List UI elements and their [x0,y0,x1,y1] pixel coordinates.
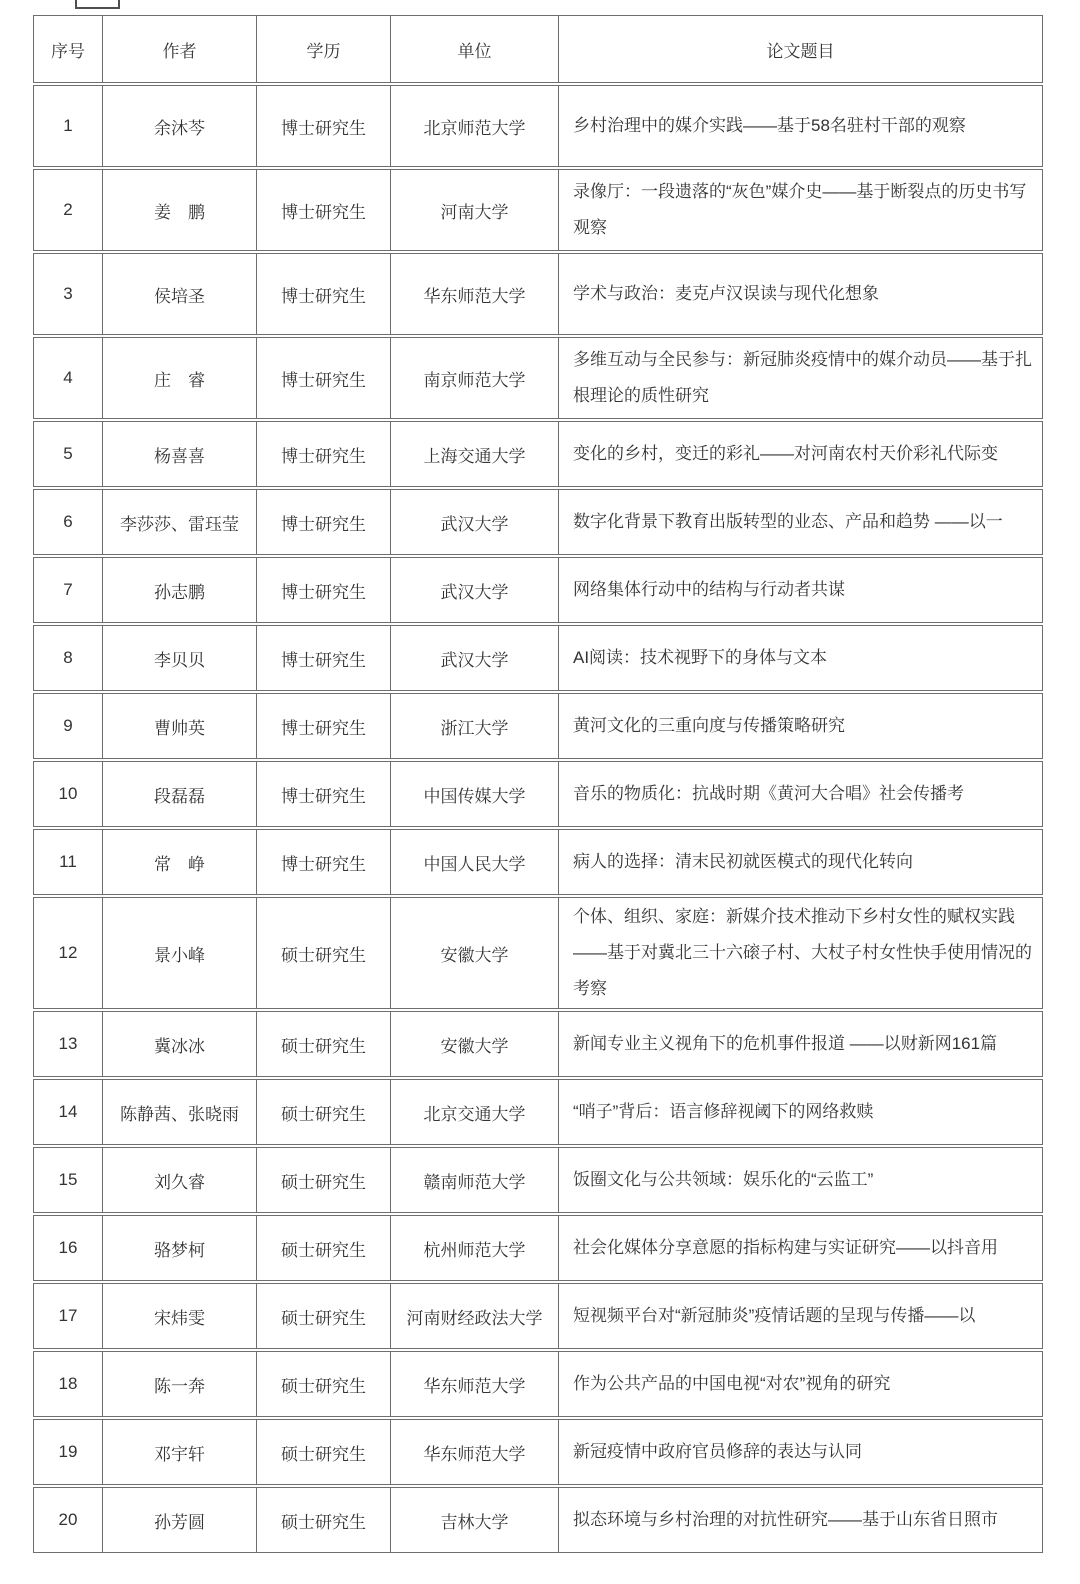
cell-institution: 安徽大学 [391,898,559,1008]
cell-institution: 杭州师范大学 [391,1216,559,1280]
table-body: 1 余沐芩 博士研究生 北京师范大学 乡村治理中的媒介实践——基于58名驻村干部… [33,85,1043,1553]
cell-degree: 博士研究生 [257,338,391,418]
cell-index: 2 [34,170,103,250]
table-row: 10 段磊磊 博士研究生 中国传媒大学 音乐的物质化：抗战时期《黄河大合唱》社会… [33,761,1043,827]
cell-paper-title: 新冠疫情中政府官员修辞的表达与认同 [559,1420,1042,1484]
cell-degree: 硕士研究生 [257,1420,391,1484]
cell-paper-title: 音乐的物质化：抗战时期《黄河大合唱》社会传播考 [559,762,1042,826]
cell-institution: 赣南师范大学 [391,1148,559,1212]
table-row: 14 陈静茜、张晓雨 硕士研究生 北京交通大学 “哨子”背后：语言修辞视阈下的网… [33,1079,1043,1145]
cell-index: 13 [34,1012,103,1076]
cell-paper-title: 黄河文化的三重向度与传播策略研究 [559,694,1042,758]
cell-author: 骆梦柯 [103,1216,257,1280]
cell-index: 16 [34,1216,103,1280]
header-cell-no: 序号 [34,16,103,82]
header-cell-degree: 学历 [257,16,391,82]
cell-author: 刘久睿 [103,1148,257,1212]
cell-author: 常 峥 [103,830,257,894]
paper-title-text: 黄河文化的三重向度与传播策略研究 [573,708,1032,744]
cell-institution: 武汉大学 [391,558,559,622]
cell-paper-title: 变化的乡村，变迁的彩礼——对河南农村天价彩礼代际变 [559,422,1042,486]
cell-author: 景小峰 [103,898,257,1008]
cell-degree: 博士研究生 [257,762,391,826]
cell-index: 20 [34,1488,103,1552]
cell-institution: 华东师范大学 [391,254,559,334]
cropped-box-fragment [75,0,120,9]
cell-index: 17 [34,1284,103,1348]
cell-degree: 博士研究生 [257,694,391,758]
paper-title-text: 个体、组织、家庭：新媒介技术推动下乡村女性的赋权实践——基于对冀北三十六磙子村、… [573,899,1032,1007]
cell-degree: 硕士研究生 [257,1012,391,1076]
cell-index: 15 [34,1148,103,1212]
paper-title-text: 数字化背景下教育出版转型的业态、产品和趋势 ——以一 [573,504,1032,540]
paper-title-text: 音乐的物质化：抗战时期《黄河大合唱》社会传播考 [573,776,1032,812]
cell-author: 曹帅英 [103,694,257,758]
cell-institution: 华东师范大学 [391,1420,559,1484]
table-row: 15 刘久睿 硕士研究生 赣南师范大学 饭圈文化与公共领域：娱乐化的“云监工” [33,1147,1043,1213]
cell-degree: 硕士研究生 [257,1216,391,1280]
paper-title-text: AI阅读：技术视野下的身体与文本 [573,640,1032,676]
cell-degree: 硕士研究生 [257,1284,391,1348]
cell-index: 6 [34,490,103,554]
cell-index: 3 [34,254,103,334]
document-page: 序号 作者 学历 单位 论文题目 1 余沐芩 博士研究生 北京师范大学 乡村治理… [0,0,1080,1584]
cell-degree: 硕士研究生 [257,1352,391,1416]
paper-title-text: 学术与政治：麦克卢汉误读与现代化想象 [573,276,1032,312]
table-row: 3 侯培圣 博士研究生 华东师范大学 学术与政治：麦克卢汉误读与现代化想象 [33,253,1043,335]
cell-paper-title: “哨子”背后：语言修辞视阈下的网络救赎 [559,1080,1042,1144]
cell-degree: 硕士研究生 [257,1148,391,1212]
cell-paper-title: 作为公共产品的中国电视“对农”视角的研究 [559,1352,1042,1416]
cell-author: 孙志鹏 [103,558,257,622]
header-cell-author: 作者 [103,16,257,82]
cell-index: 4 [34,338,103,418]
cell-paper-title: AI阅读：技术视野下的身体与文本 [559,626,1042,690]
cell-degree: 硕士研究生 [257,898,391,1008]
paper-title-text: 社会化媒体分享意愿的指标构建与实证研究——以抖音用 [573,1230,1032,1266]
cell-index: 8 [34,626,103,690]
cell-institution: 北京交通大学 [391,1080,559,1144]
table-row: 19 邓宇轩 硕士研究生 华东师范大学 新冠疫情中政府官员修辞的表达与认同 [33,1419,1043,1485]
cell-institution: 上海交通大学 [391,422,559,486]
cell-degree: 硕士研究生 [257,1080,391,1144]
cell-index: 10 [34,762,103,826]
cell-degree: 博士研究生 [257,254,391,334]
table-row: 4 庄 睿 博士研究生 南京师范大学 多维互动与全民参与：新冠肺炎疫情中的媒介动… [33,337,1043,419]
cell-paper-title: 数字化背景下教育出版转型的业态、产品和趋势 ——以一 [559,490,1042,554]
cell-degree: 硕士研究生 [257,1488,391,1552]
paper-title-text: 乡村治理中的媒介实践——基于58名驻村干部的观察 [573,108,1032,144]
cell-author: 李莎莎、雷珏莹 [103,490,257,554]
cell-paper-title: 个体、组织、家庭：新媒介技术推动下乡村女性的赋权实践——基于对冀北三十六磙子村、… [559,898,1042,1008]
cell-author: 陈一奔 [103,1352,257,1416]
cell-index: 7 [34,558,103,622]
cell-institution: 河南财经政法大学 [391,1284,559,1348]
cell-degree: 博士研究生 [257,558,391,622]
table-row: 20 孙芳圆 硕士研究生 吉林大学 拟态环境与乡村治理的对抗性研究——基于山东省… [33,1487,1043,1553]
paper-title-text: 短视频平台对“新冠肺炎”疫情话题的呈现与传播——以 [573,1298,1032,1334]
cell-degree: 博士研究生 [257,626,391,690]
cell-degree: 博士研究生 [257,422,391,486]
cell-institution: 河南大学 [391,170,559,250]
cell-author: 宋炜雯 [103,1284,257,1348]
cell-institution: 中国传媒大学 [391,762,559,826]
cell-institution: 吉林大学 [391,1488,559,1552]
cell-institution: 北京师范大学 [391,86,559,166]
cell-index: 9 [34,694,103,758]
cell-institution: 武汉大学 [391,490,559,554]
cell-author: 姜 鹏 [103,170,257,250]
cell-institution: 浙江大学 [391,694,559,758]
table-row: 2 姜 鹏 博士研究生 河南大学 录像厅：一段遗落的“灰色”媒介史——基于断裂点… [33,169,1043,251]
cell-institution: 华东师范大学 [391,1352,559,1416]
paper-title-text: 新闻专业主义视角下的危机事件报道 ——以财新网161篇 [573,1026,1032,1062]
table-row: 16 骆梦柯 硕士研究生 杭州师范大学 社会化媒体分享意愿的指标构建与实证研究—… [33,1215,1043,1281]
cell-author: 庄 睿 [103,338,257,418]
cell-index: 14 [34,1080,103,1144]
cell-index: 19 [34,1420,103,1484]
cell-author: 冀冰冰 [103,1012,257,1076]
papers-table: 序号 作者 学历 单位 论文题目 1 余沐芩 博士研究生 北京师范大学 乡村治理… [33,15,1043,1553]
cell-index: 18 [34,1352,103,1416]
paper-title-text: 网络集体行动中的结构与行动者共谋 [573,572,1032,608]
cell-index: 12 [34,898,103,1008]
table-row: 18 陈一奔 硕士研究生 华东师范大学 作为公共产品的中国电视“对农”视角的研究 [33,1351,1043,1417]
cell-author: 陈静茜、张晓雨 [103,1080,257,1144]
paper-title-text: 作为公共产品的中国电视“对农”视角的研究 [573,1366,1032,1402]
paper-title-text: 多维互动与全民参与：新冠肺炎疫情中的媒介动员——基于扎根理论的质性研究 [573,342,1032,414]
cell-author: 段磊磊 [103,762,257,826]
paper-title-text: 病人的选择：清末民初就医模式的现代化转向 [573,844,1032,880]
cell-paper-title: 拟态环境与乡村治理的对抗性研究——基于山东省日照市 [559,1488,1042,1552]
header-cell-title: 论文题目 [559,16,1042,82]
cell-institution: 中国人民大学 [391,830,559,894]
paper-title-text: 饭圈文化与公共领域：娱乐化的“云监工” [573,1162,1032,1198]
table-row: 17 宋炜雯 硕士研究生 河南财经政法大学 短视频平台对“新冠肺炎”疫情话题的呈… [33,1283,1043,1349]
cell-index: 1 [34,86,103,166]
table-row: 6 李莎莎、雷珏莹 博士研究生 武汉大学 数字化背景下教育出版转型的业态、产品和… [33,489,1043,555]
table-row: 9 曹帅英 博士研究生 浙江大学 黄河文化的三重向度与传播策略研究 [33,693,1043,759]
cell-degree: 博士研究生 [257,490,391,554]
table-row: 8 李贝贝 博士研究生 武汉大学 AI阅读：技术视野下的身体与文本 [33,625,1043,691]
cell-degree: 博士研究生 [257,170,391,250]
cell-institution: 武汉大学 [391,626,559,690]
cell-author: 杨喜喜 [103,422,257,486]
table-row: 11 常 峥 博士研究生 中国人民大学 病人的选择：清末民初就医模式的现代化转向 [33,829,1043,895]
cell-degree: 博士研究生 [257,830,391,894]
cell-paper-title: 多维互动与全民参与：新冠肺炎疫情中的媒介动员——基于扎根理论的质性研究 [559,338,1042,418]
paper-title-text: 拟态环境与乡村治理的对抗性研究——基于山东省日照市 [573,1502,1032,1538]
cell-institution: 安徽大学 [391,1012,559,1076]
paper-title-text: 录像厅：一段遗落的“灰色”媒介史——基于断裂点的历史书写观察 [573,174,1032,246]
cell-index: 5 [34,422,103,486]
cell-paper-title: 短视频平台对“新冠肺炎”疫情话题的呈现与传播——以 [559,1284,1042,1348]
cell-degree: 博士研究生 [257,86,391,166]
cell-paper-title: 新闻专业主义视角下的危机事件报道 ——以财新网161篇 [559,1012,1042,1076]
cell-paper-title: 病人的选择：清末民初就医模式的现代化转向 [559,830,1042,894]
cell-paper-title: 乡村治理中的媒介实践——基于58名驻村干部的观察 [559,86,1042,166]
cell-paper-title: 网络集体行动中的结构与行动者共谋 [559,558,1042,622]
cell-author: 余沐芩 [103,86,257,166]
header-cell-unit: 单位 [391,16,559,82]
table-row: 13 冀冰冰 硕士研究生 安徽大学 新闻专业主义视角下的危机事件报道 ——以财新… [33,1011,1043,1077]
paper-title-text: 变化的乡村，变迁的彩礼——对河南农村天价彩礼代际变 [573,436,1032,472]
table-row: 5 杨喜喜 博士研究生 上海交通大学 变化的乡村，变迁的彩礼——对河南农村天价彩… [33,421,1043,487]
table-header-row: 序号 作者 学历 单位 论文题目 [33,15,1043,83]
cell-author: 侯培圣 [103,254,257,334]
cell-institution: 南京师范大学 [391,338,559,418]
cell-index: 11 [34,830,103,894]
paper-title-text: “哨子”背后：语言修辞视阈下的网络救赎 [573,1094,1032,1130]
cell-paper-title: 录像厅：一段遗落的“灰色”媒介史——基于断裂点的历史书写观察 [559,170,1042,250]
table-row: 1 余沐芩 博士研究生 北京师范大学 乡村治理中的媒介实践——基于58名驻村干部… [33,85,1043,167]
paper-title-text: 新冠疫情中政府官员修辞的表达与认同 [573,1434,1032,1470]
cell-paper-title: 社会化媒体分享意愿的指标构建与实证研究——以抖音用 [559,1216,1042,1280]
cell-author: 李贝贝 [103,626,257,690]
cell-paper-title: 饭圈文化与公共领域：娱乐化的“云监工” [559,1148,1042,1212]
cell-paper-title: 学术与政治：麦克卢汉误读与现代化想象 [559,254,1042,334]
cell-author: 孙芳圆 [103,1488,257,1552]
cell-author: 邓宇轩 [103,1420,257,1484]
table-row: 7 孙志鹏 博士研究生 武汉大学 网络集体行动中的结构与行动者共谋 [33,557,1043,623]
table-row: 12 景小峰 硕士研究生 安徽大学 个体、组织、家庭：新媒介技术推动下乡村女性的… [33,897,1043,1009]
